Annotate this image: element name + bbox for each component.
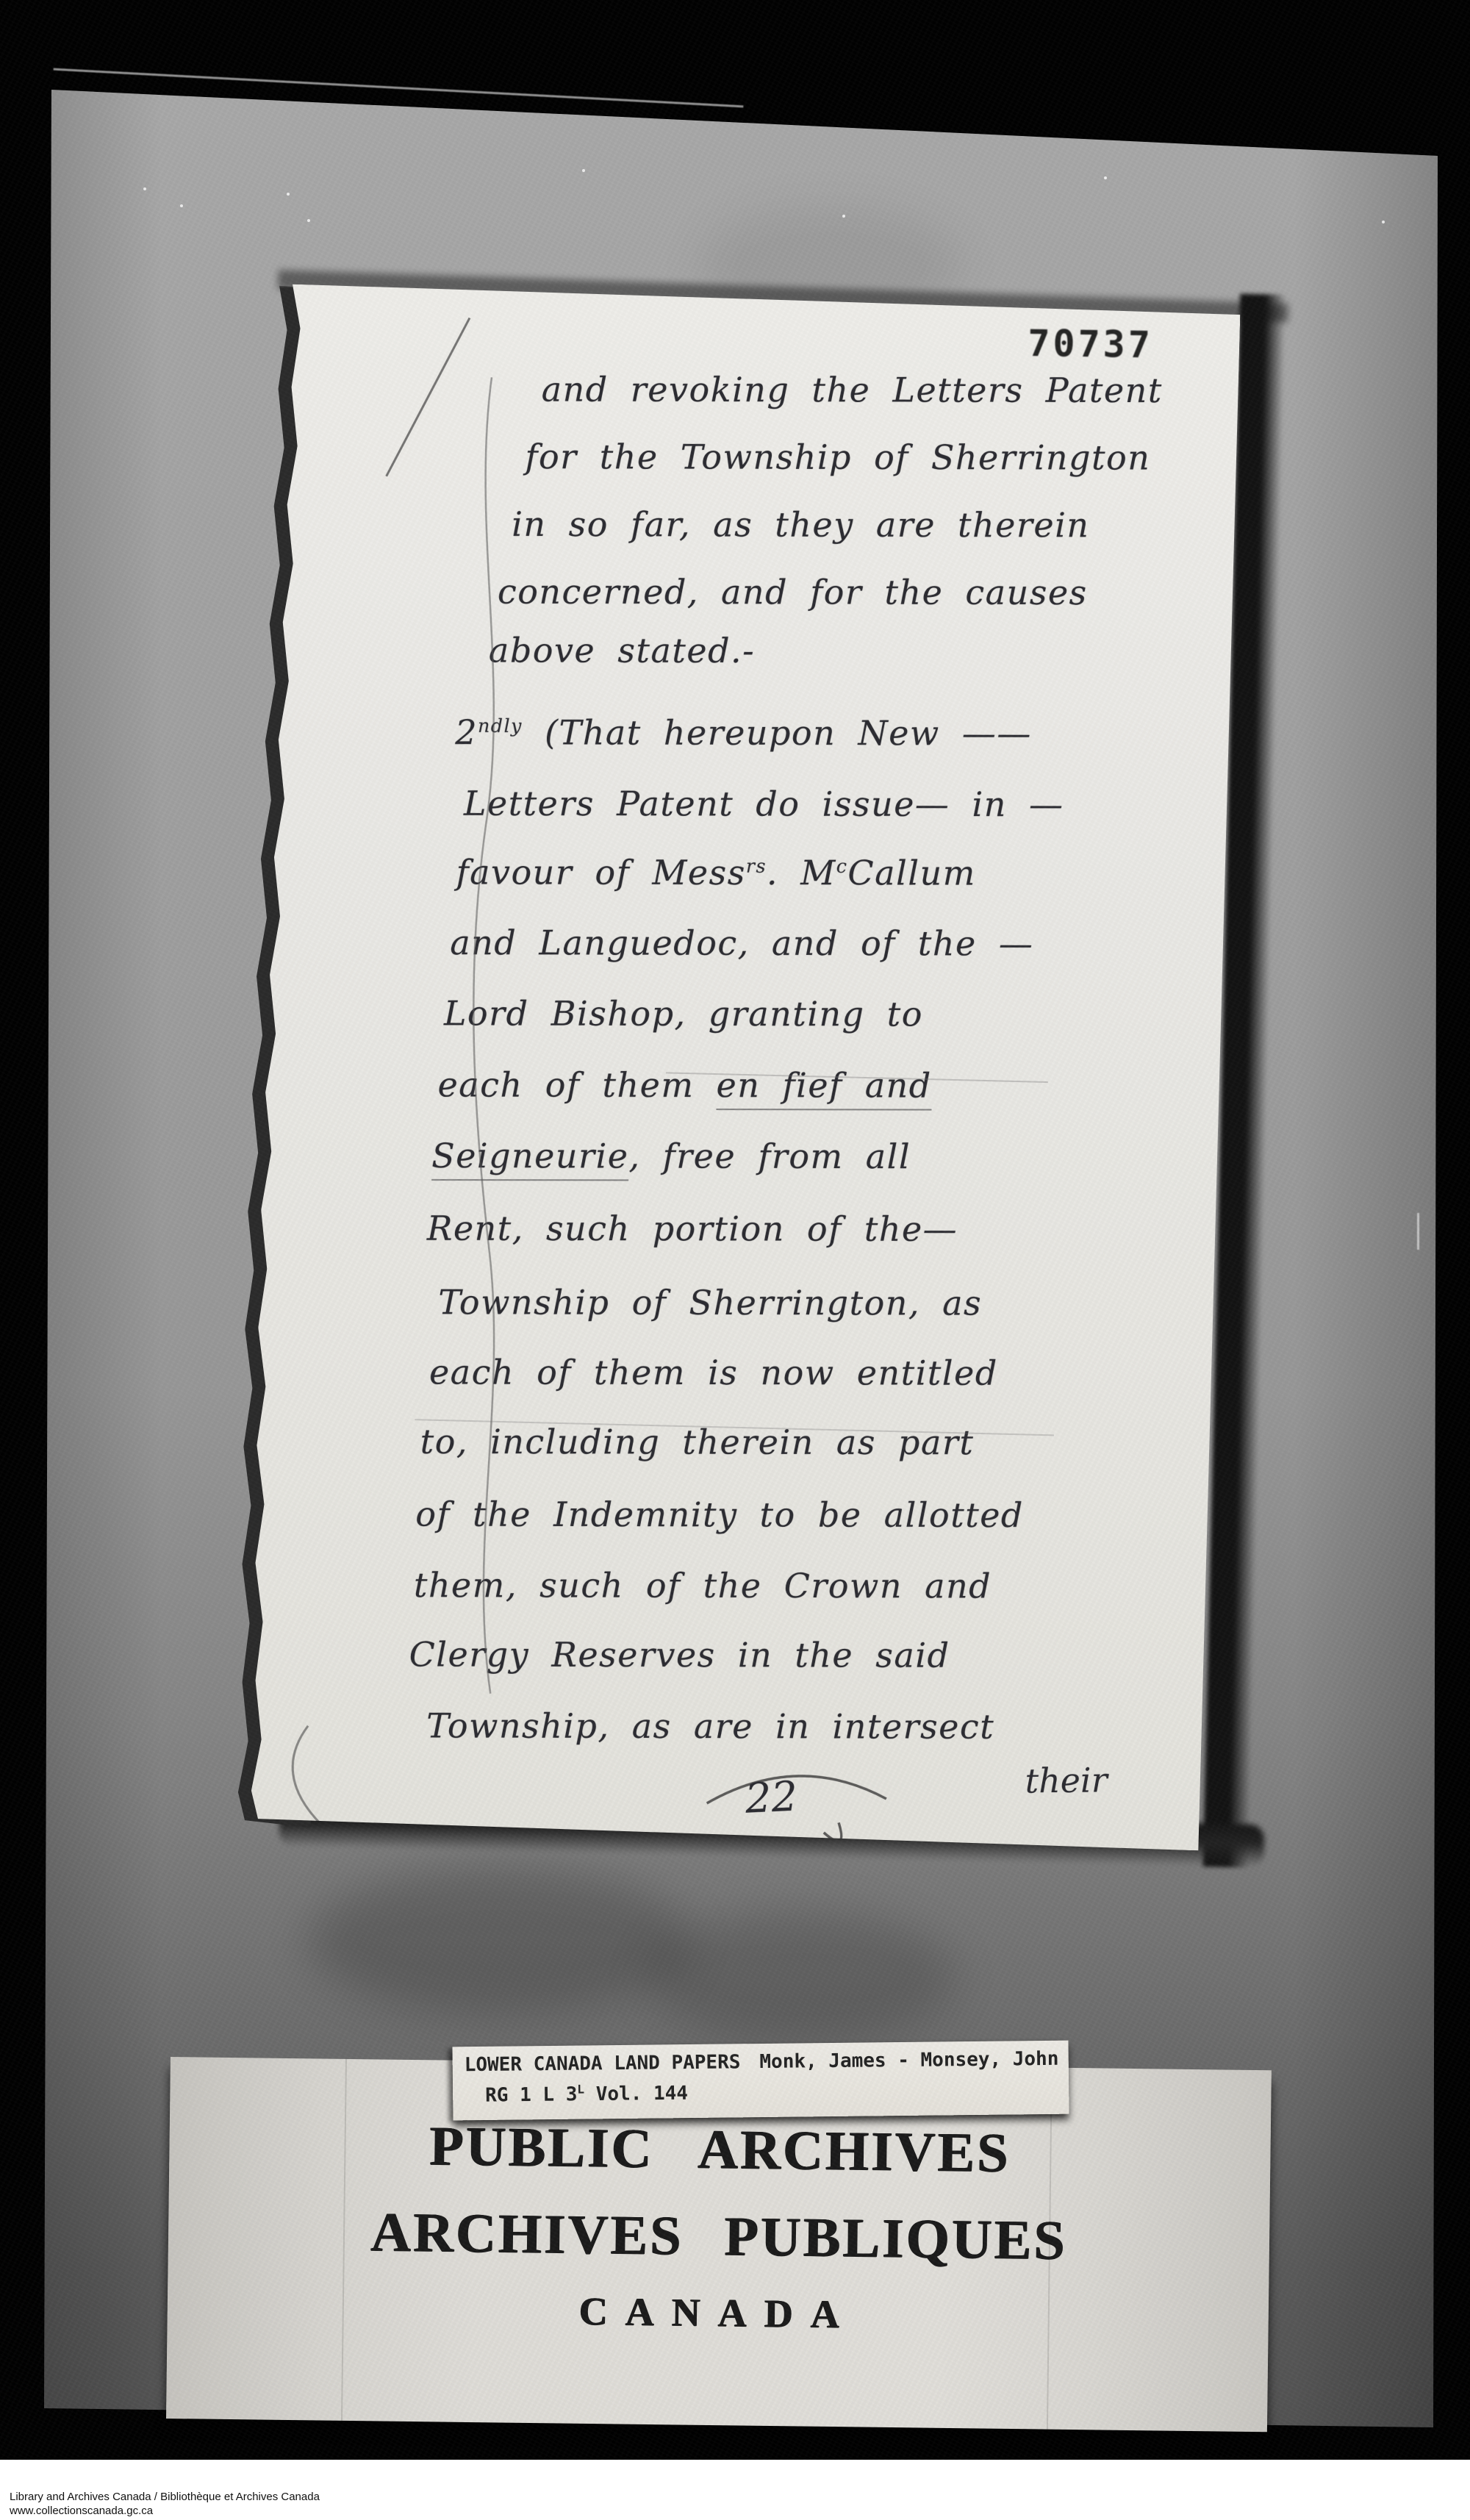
manuscript-word: 2 (455, 712, 478, 752)
dust-speck (1382, 221, 1385, 223)
manuscript-word: each of them is now entitled (429, 1352, 998, 1392)
dust-speck (143, 187, 146, 190)
manuscript-line: Letters Patent do issue— in — (464, 784, 1064, 824)
dust-speck (180, 204, 183, 207)
manuscript-word: Township of Sherrington, as (438, 1282, 982, 1322)
label-reference-prefix: RG 1 L 3 (485, 2083, 578, 2106)
manuscript-line: Seigneurie, free from all (431, 1136, 911, 1176)
manuscript-word: each of them (437, 1064, 716, 1105)
manuscript-word: Lord Bishop, granting to (444, 993, 923, 1034)
dust-speck (582, 169, 585, 172)
footer-bar: Library and Archives Canada / Bibliothèq… (0, 2460, 1470, 2520)
label-reference-sup: L (577, 2083, 584, 2097)
catchword: their (1025, 1760, 1108, 1800)
card-country: CANADA (167, 2283, 1269, 2342)
page-number: 22 (744, 1773, 798, 1823)
manuscript-line: Township of Sherrington, as (438, 1282, 982, 1322)
credit-line: Library and Archives Canada / Bibliothèq… (10, 2491, 320, 2503)
dust-speck (842, 215, 845, 218)
manuscript-word: ndly (478, 715, 523, 737)
manuscript-line: in so far, as they are therein (512, 504, 1089, 545)
website-url: www.collectionscanada.gc.ca (10, 2505, 153, 2517)
manuscript-line: Lord Bishop, granting to (444, 993, 923, 1034)
manuscript-line: Township, as are in intersect (426, 1705, 994, 1746)
manuscript-word: them, such of the Crown and (414, 1565, 992, 1606)
card-title-french: ARCHIVES PUBLIQUES (168, 2198, 1270, 2275)
manuscript-word: and revoking the Letters Patent (542, 370, 1163, 410)
manuscript-word: Clergy Reserves in the said (409, 1634, 950, 1675)
label-reference-line: RG 1 L 3L Vol. 144 (485, 2081, 688, 2107)
manuscript-word: . M (767, 853, 836, 892)
manuscript-line: and revoking the Letters Patent (542, 370, 1163, 410)
manuscript-word: , free from all (628, 1136, 911, 1176)
stamp-number: 70737 (1028, 322, 1153, 366)
manuscript-line: of the Indemnity to be allotted (415, 1495, 1024, 1535)
manuscript-word: favour of Mess (456, 852, 746, 892)
manuscript-word: and Languedoc, and of the — (450, 923, 1033, 963)
reference-label: LOWER CANADA LAND PAPERSMonk, James - Mo… (452, 2041, 1069, 2121)
film-frame: 70737 and revoking the Letters Patentfor… (0, 0, 1470, 2520)
manuscript-word: rs (746, 856, 767, 877)
manuscript-line: each of them en fief and (437, 1064, 931, 1105)
dust-speck (1104, 176, 1107, 179)
manuscript-line: for the Township of Sherrington (525, 437, 1150, 477)
manuscript-line: each of them is now entitled (429, 1352, 998, 1392)
label-series: LOWER CANADA LAND PAPERS (465, 2051, 741, 2076)
dust-speck (287, 193, 290, 196)
label-range: Monk, James - Monsey, John (759, 2048, 1058, 2073)
manuscript-line: and Languedoc, and of the — (450, 923, 1033, 963)
manuscript-line: to, including therein as part (420, 1422, 975, 1462)
manuscript-word: in so far, as they are therein (512, 504, 1089, 545)
dust-speck (307, 219, 310, 222)
manuscript-word: to, including therein as part (420, 1422, 975, 1462)
manuscript-word: en fief and (717, 1065, 932, 1111)
label-reference-suffix: Vol. 144 (596, 2083, 689, 2105)
manuscript-word: Rent, such portion of the— (427, 1209, 958, 1249)
manuscript-word: of the Indemnity to be allotted (415, 1495, 1024, 1535)
manuscript-line: above stated.- (489, 630, 755, 670)
manuscript-page: 70737 and revoking the Letters Patentfor… (236, 284, 1241, 1851)
manuscript-word: Township, as are in intersect (426, 1705, 994, 1746)
film-scratch (1417, 1213, 1419, 1250)
manuscript-line: Rent, such portion of the— (427, 1209, 958, 1249)
label-series-line: LOWER CANADA LAND PAPERSMonk, James - Mo… (465, 2048, 1059, 2076)
manuscript-word: Callum (847, 853, 975, 892)
manuscript-word: c (836, 856, 848, 877)
manuscript-line: favour of Messrs. McCallum (456, 852, 976, 892)
manuscript-line: Clergy Reserves in the said (409, 1634, 950, 1675)
card-title-english: PUBLIC ARCHIVES (169, 2111, 1271, 2188)
manuscript-word: above stated.- (489, 630, 755, 670)
manuscript-word: for the Township of Sherrington (525, 437, 1150, 477)
manuscript-word: Seigneurie (431, 1136, 628, 1181)
manuscript-line: them, such of the Crown and (414, 1565, 992, 1606)
manuscript-line: 2ndly (That hereupon New —— (455, 712, 1032, 753)
manuscript-word: concerned, and for the causes (498, 572, 1088, 612)
manuscript-word: Letters Patent do issue— in — (464, 784, 1064, 824)
manuscript-word: (That hereupon New —— (523, 712, 1032, 753)
manuscript-line: concerned, and for the causes (498, 572, 1088, 612)
